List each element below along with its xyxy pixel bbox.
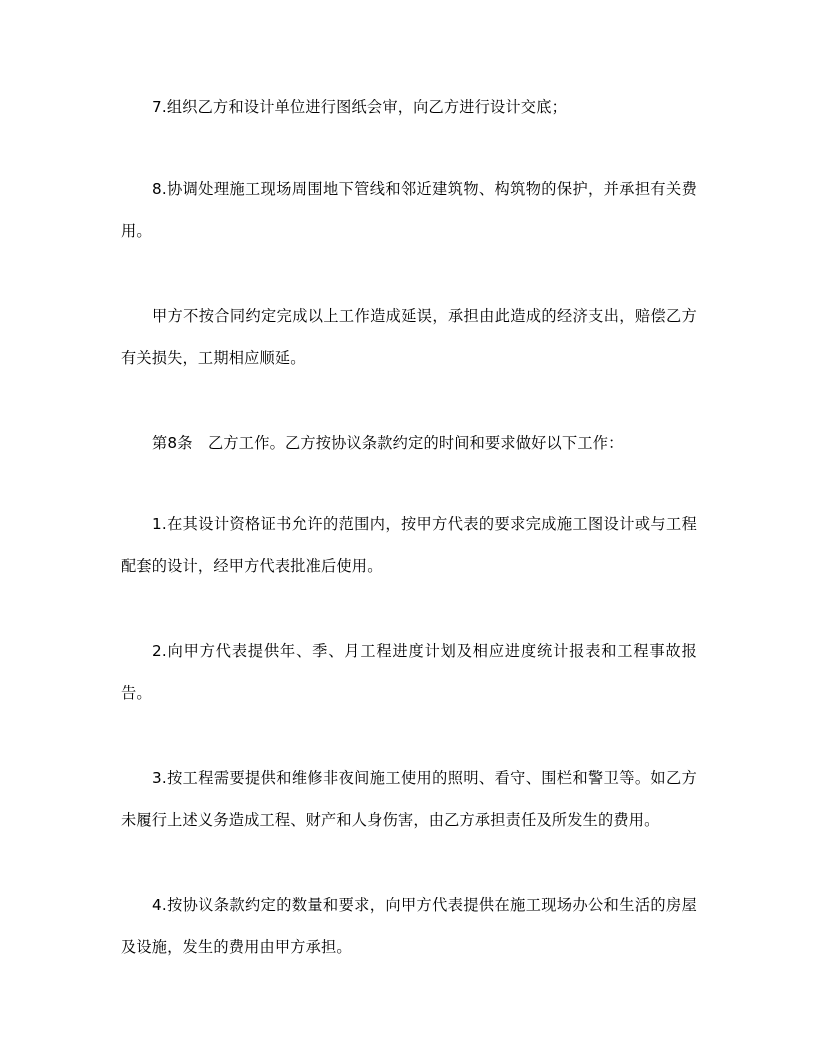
paragraph-article-8-heading: 第8条 乙方工作。乙方按协议条款约定的时间和要求做好以下工作：: [121, 422, 697, 464]
paragraph-item-4: 4.按协议条款约定的数量和要求，向甲方代表提供在施工现场办公和生活的房屋及设施，…: [121, 884, 697, 968]
paragraph-item-3: 3.按工程需要提供和维修非夜间施工使用的照明、看守、围栏和警卫等。如乙方未履行上…: [121, 757, 697, 841]
paragraph-item-8: 8.协调处理施工现场周围地下管线和邻近建筑物、构筑物的保护，并承担有关费用。: [121, 168, 697, 252]
paragraph-item-7: 7.组织乙方和设计单位进行图纸会审，向乙方进行设计交底；: [121, 86, 697, 128]
paragraph-party-a-delay: 甲方不按合同约定完成以上工作造成延误，承担由此造成的经济支出，赔偿乙方有关损失，…: [121, 295, 697, 379]
paragraph-item-2: 2.向甲方代表提供年、季、月工程进度计划及相应进度统计报表和工程事故报告。: [121, 630, 697, 714]
paragraph-item-1: 1.在其设计资格证书允许的范围内，按甲方代表的要求完成施工图设计或与工程配套的设…: [121, 503, 697, 587]
